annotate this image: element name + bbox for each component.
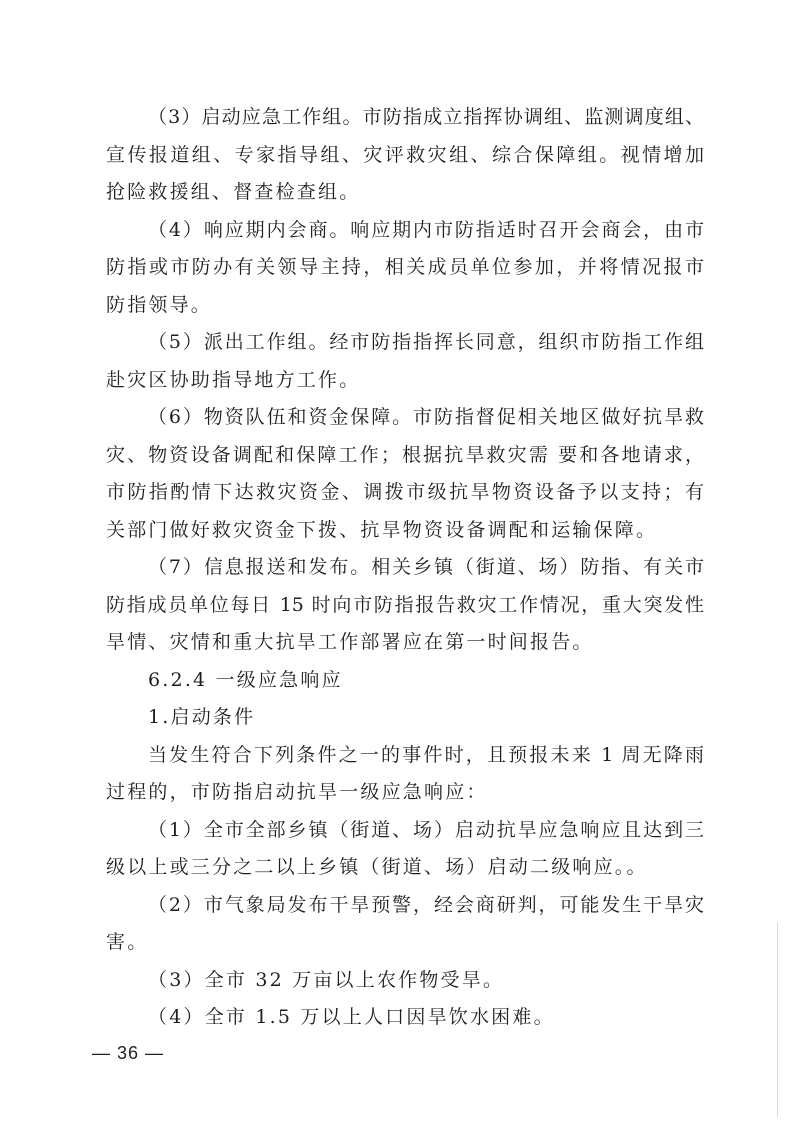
text-line: （4）全市 1.5 万以上人口因旱饮水困难。 [106, 999, 704, 1037]
text-line: 防指领导。 [106, 287, 704, 325]
text-line: 防指或市防办有关领导主持，相关成员单位参加，并将情况报市 [106, 249, 704, 287]
text-line: 6.2.4 一级应急响应 [106, 662, 704, 700]
text-line: （3）启动应急工作组。市防指成立指挥协调组、监测调度组、 [106, 99, 704, 137]
text-line: 关部门做好救灾资金下拨、抗旱物资设备调配和运输保障。 [106, 512, 704, 550]
text-line: 宣传报道组、专家指导组、灾评救灾组、综合保障组。视情增加 [106, 137, 704, 175]
text-line: 灾、物资设备调配和保障工作；根据抗旱救灾需 要和各地请求， [106, 437, 704, 475]
text-line: （6）物资队伍和资金保障。市防指督促相关地区做好抗旱救 [106, 399, 704, 437]
text-line: （3）全市 32 万亩以上农作物受旱。 [106, 962, 704, 1000]
text-line: （4）响应期内会商。响应期内市防指适时召开会商会，由市 [106, 212, 704, 250]
text-line: （5）派出工作组。经市防指指挥长同意，组织市防指工作组 [106, 324, 704, 362]
body-text: （3）启动应急工作组。市防指成立指挥协调组、监测调度组、宣传报道组、专家指导组、… [106, 99, 704, 1037]
text-line: （1）全市全部乡镇（街道、场）启动抗旱应急响应且达到三 [106, 812, 704, 850]
text-line: 防指成员单位每日 15 时向市防指报告救灾工作情况，重大突发性 [106, 587, 704, 625]
text-line: 1.启动条件 [106, 699, 704, 737]
text-line: 市防指酌情下达救灾资金、调拨市级抗旱物资设备予以支持；有 [106, 474, 704, 512]
text-line: 过程的，市防指启动抗旱一级应急响应： [106, 774, 704, 812]
scan-artifact-line [777, 922, 778, 1117]
text-line: 级以上或三分之二以上乡镇（街道、场）启动二级响应。。 [106, 849, 704, 887]
text-line: 抢险救援组、督查检查组。 [106, 174, 704, 212]
document-page: （3）启动应急工作组。市防指成立指挥协调组、监测调度组、宣传报道组、专家指导组、… [0, 0, 793, 1122]
text-line: （7）信息报送和发布。相关乡镇（街道、场）防指、有关市 [106, 549, 704, 587]
text-line: 旱情、灾情和重大抗旱工作部署应在第一时间报告。 [106, 624, 704, 662]
text-line: 害。 [106, 924, 704, 962]
page-number: — 36 — [92, 1040, 164, 1066]
text-line: （2）市气象局发布干旱预警，经会商研判，可能发生干旱灾 [106, 887, 704, 925]
text-line: 赴灾区协助指导地方工作。 [106, 362, 704, 400]
text-line: 当发生符合下列条件之一的事件时，且预报未来 1 周无降雨 [106, 737, 704, 775]
